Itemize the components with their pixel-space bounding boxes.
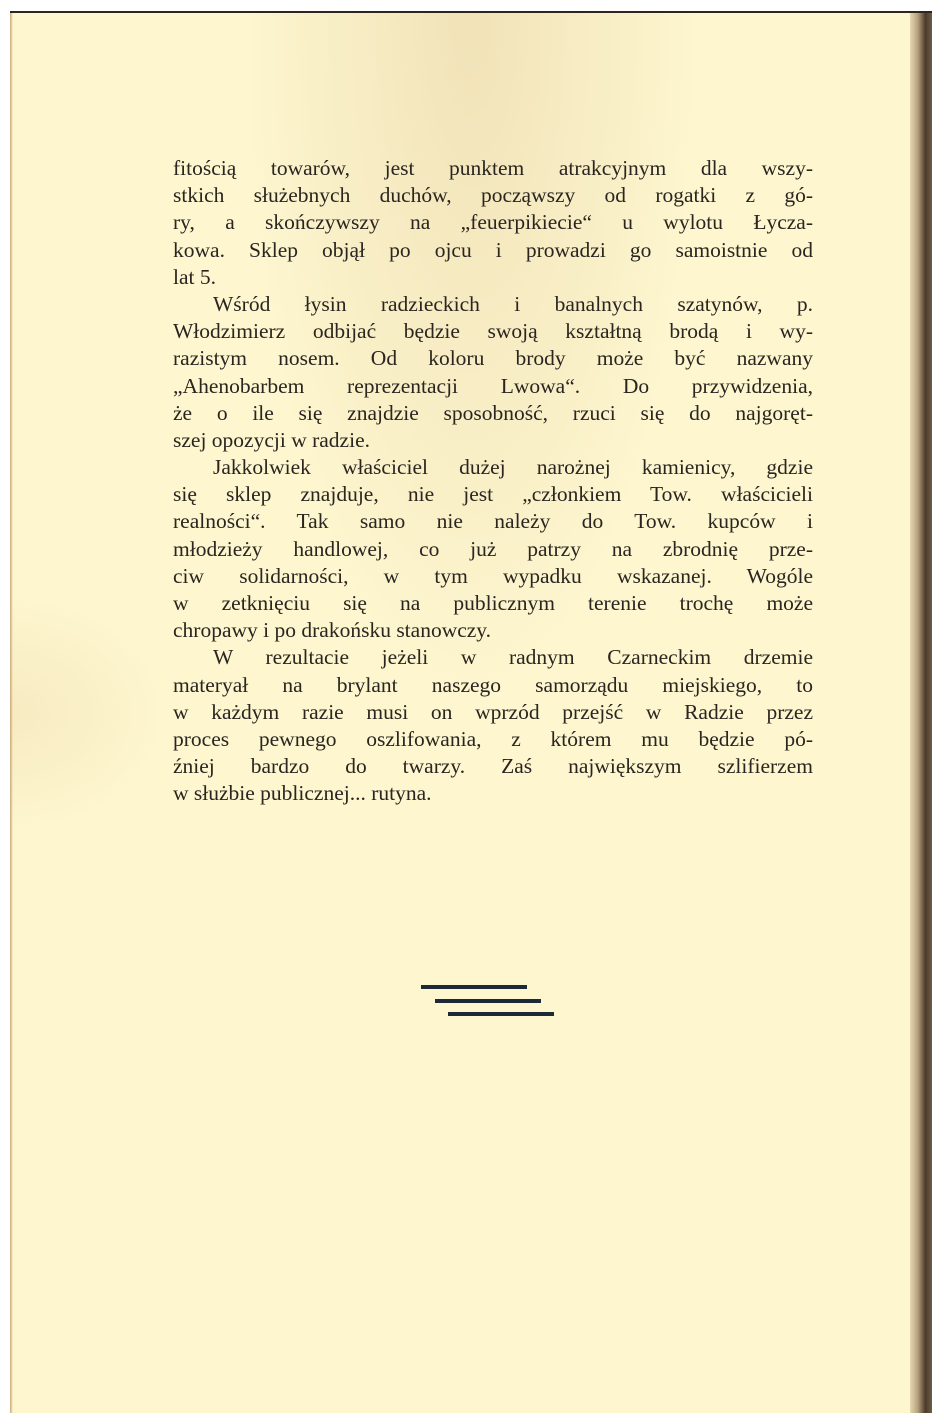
page-binding-shadow: [910, 13, 932, 1413]
text-line: młodzieży handlowej, co już patrzy na zb…: [173, 536, 813, 563]
paragraph: Jakkolwiek właściciel dużej narożnej kam…: [173, 454, 813, 644]
paragraph: W rezultacie jeżeli w radnym Czarneckim …: [173, 644, 813, 807]
text-line: lat 5.: [173, 264, 813, 291]
ornament-rule: [421, 985, 527, 989]
text-line: „Ahenobarbem reprezentacji Lwowa“. Do pr…: [173, 373, 813, 400]
text-line: Wśród łysin radzieckich i banalnych szat…: [173, 291, 813, 318]
paragraph: Wśród łysin radzieckich i banalnych szat…: [173, 291, 813, 454]
text-line: materyał na brylant naszego samorządu mi…: [173, 672, 813, 699]
text-line: ry, a skończywszy na „feuerpikiecie“ u w…: [173, 209, 813, 236]
text-line: ciw solidarności, w tym wypadku wskazane…: [173, 563, 813, 590]
text-line: realności“. Tak samo nie należy do Tow. …: [173, 508, 813, 535]
text-line: fitością towarów, jest punktem atrakcyjn…: [173, 155, 813, 182]
text-line: że o ile się znajdzie sposobność, rzuci …: [173, 400, 813, 427]
text-line: stkich służebnych duchów, począwszy od r…: [173, 182, 813, 209]
body-text: fitością towarów, jest punktem atrakcyjn…: [173, 155, 813, 808]
text-line: Włodzimierz odbijać będzie swoją kształt…: [173, 318, 813, 345]
text-line: szej opozycji w radzie.: [173, 427, 813, 454]
text-line: W rezultacie jeżeli w radnym Czarneckim …: [173, 644, 813, 671]
ornament-rule: [448, 1012, 554, 1016]
text-line: razistym nosem. Od koloru brody może być…: [173, 345, 813, 372]
text-line: w każdym razie musi on wprzód przejść w …: [173, 699, 813, 726]
text-line: w zetknięciu się na publicznym terenie t…: [173, 590, 813, 617]
text-line: proces pewnego oszlifowania, z którem mu…: [173, 726, 813, 753]
text-line: w służbie publicznej... rutyna.: [173, 780, 813, 807]
text-line: Jakkolwiek właściciel dużej narożnej kam…: [173, 454, 813, 481]
text-line: się sklep znajduje, nie jest „członkiem …: [173, 481, 813, 508]
page-left-edge: [10, 13, 13, 1413]
paragraph: fitością towarów, jest punktem atrakcyjn…: [173, 155, 813, 291]
text-line: źniej bardzo do twarzy. Zaś największym …: [173, 753, 813, 780]
text-line: chropawy i po drakońsku stanowczy.: [173, 617, 813, 644]
text-line: kowa. Sklep objął po ojcu i prowadzi go …: [173, 237, 813, 264]
ornament-rule: [435, 999, 541, 1003]
book-page: fitością towarów, jest punktem atrakcyjn…: [10, 11, 932, 1413]
